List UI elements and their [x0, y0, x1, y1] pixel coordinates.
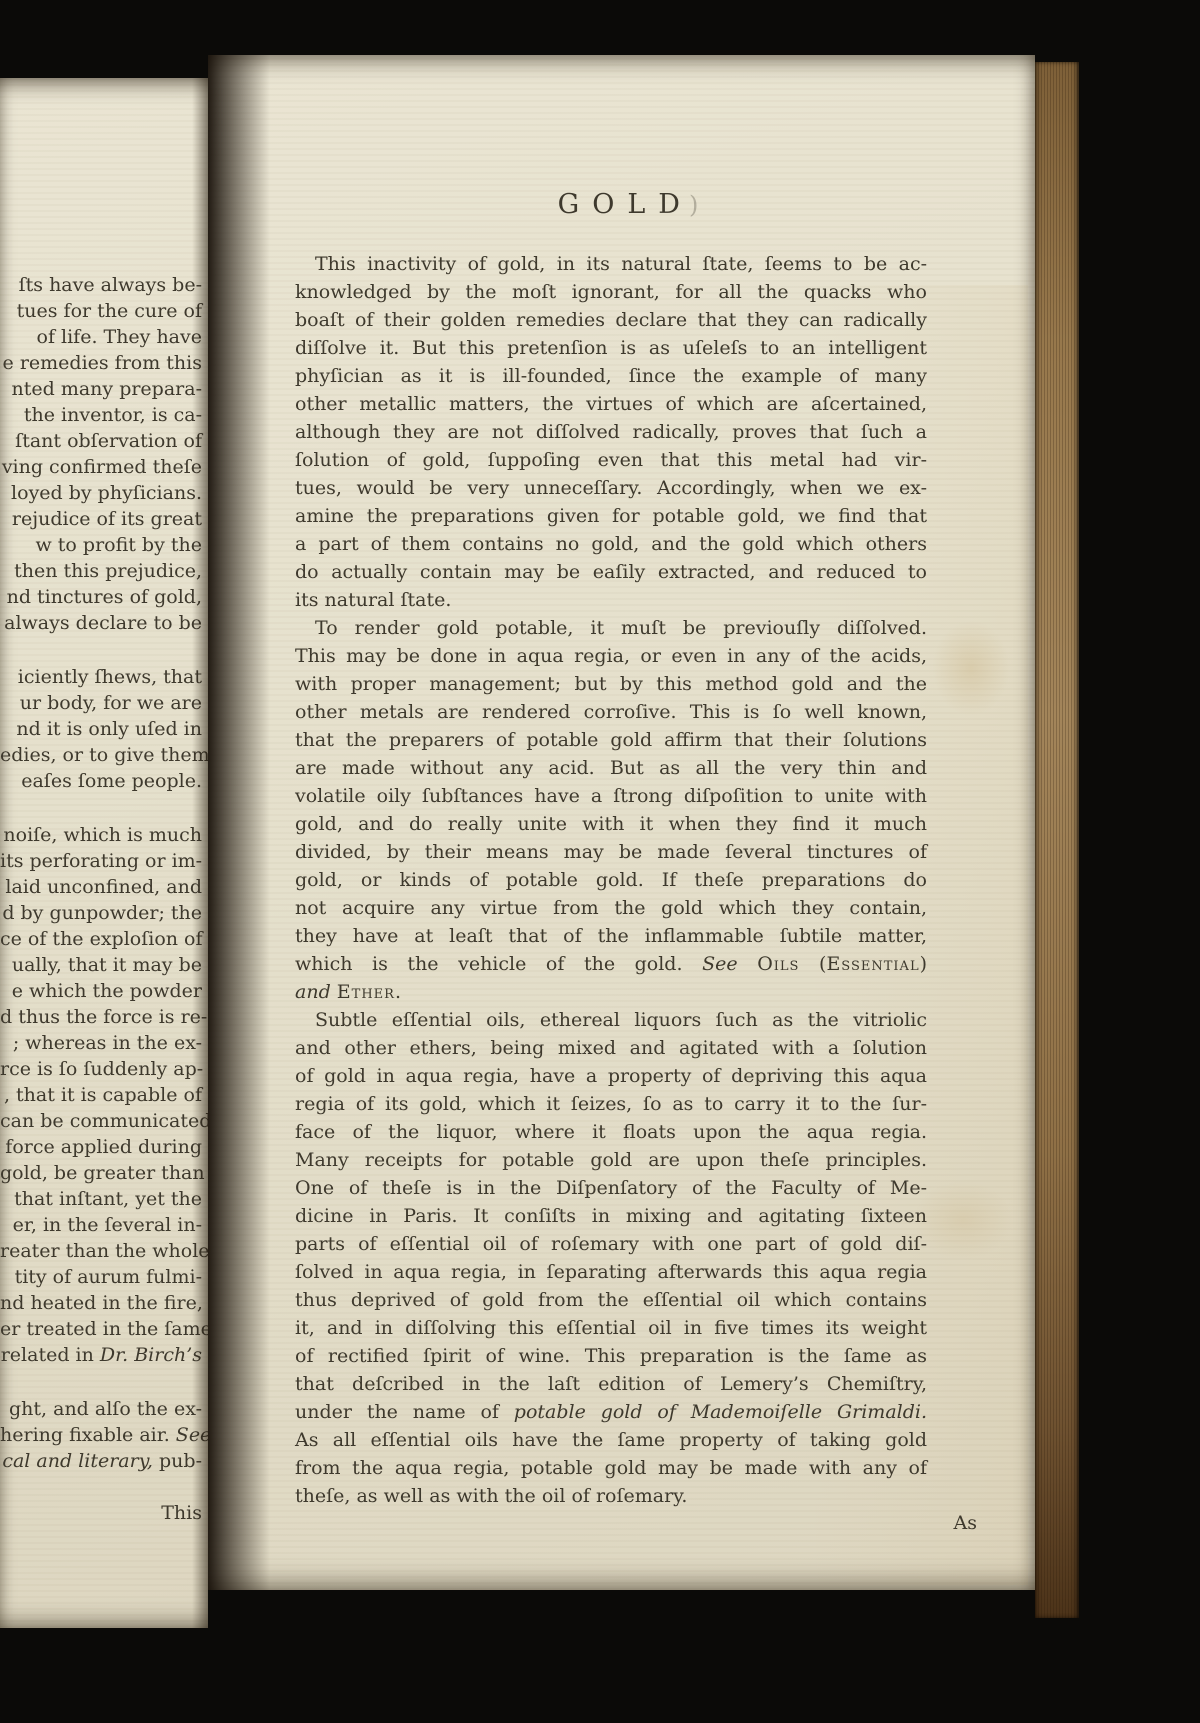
text-line: ſolution of gold, ſuppoſing even that th…	[295, 446, 927, 474]
text-line: other metals are rendered corroſive. Thi…	[295, 698, 927, 726]
text-line: rejudice of its great	[0, 506, 202, 532]
text-line: that the preparers of potable gold affir…	[295, 726, 927, 754]
text-line: which is the vehicle of the gold. See Oi…	[295, 950, 927, 978]
text-line: its perforating or im-	[0, 848, 202, 874]
right-page-content: GOLD) This inactivity of gold, in its na…	[208, 55, 1035, 1534]
text-line: other metallic matters, the virtues of w…	[295, 390, 927, 418]
text-line: regia of its gold, which it ſeizes, ſo a…	[295, 1090, 927, 1118]
text-line: parts of eſſential oil of roſemary with …	[295, 1230, 927, 1258]
text-line: amine the preparations given for potable…	[295, 502, 927, 530]
text-line: from the aqua regia, potable gold may be…	[295, 1454, 927, 1482]
text-line: ving confirmed theſe	[0, 454, 202, 480]
text-line: face of the liquor, where it floats upon…	[295, 1118, 927, 1146]
text-line: then this prejudice,	[0, 558, 202, 584]
italic-text: Dr. Birch’s	[100, 1344, 202, 1366]
italic-text: See	[702, 953, 738, 975]
text-line: gold, or kinds of potable gold. If theſe…	[295, 866, 927, 894]
text-line: force applied during	[0, 1134, 202, 1160]
text-line: tues, would be very unneceſſary. Accordi…	[295, 474, 927, 502]
text-line: laid unconfined, and	[0, 874, 202, 900]
text-line: a part of them contains no gold, and the…	[295, 530, 927, 558]
text-line: This inactivity of gold, in its natural …	[295, 250, 927, 278]
text-line: tity of aurum fulmi-	[0, 1264, 202, 1290]
text-line: with proper management; but by this meth…	[295, 670, 927, 698]
text-line: cal and literary, pub-	[0, 1448, 202, 1474]
page-heading: GOLD)	[208, 55, 1035, 223]
text-line: ght, and alſo the ex-	[0, 1396, 202, 1422]
text-line: iciently ſhews, that	[0, 664, 202, 690]
text-line: diſſolve it. But this pretenſion is as u…	[295, 334, 927, 362]
screenshot-root: { "colors": { "background": "#0b0a08", "…	[0, 0, 1200, 1723]
text-line: ually, that it may be	[0, 952, 202, 978]
text-line: Many receipts for potable gold are upon …	[295, 1146, 927, 1174]
text-line: volatile oily ſubſtances have a ſtrong d…	[295, 782, 927, 810]
paragraph: To render gold potable, it muſt be previ…	[295, 614, 927, 1006]
text-line: although they are not diſſolved radicall…	[295, 418, 927, 446]
text-line: rce is ſo ſuddenly ap-	[0, 1056, 202, 1082]
text-line: related in Dr. Birch’s	[0, 1342, 202, 1368]
text-line: e remedies from this	[0, 350, 202, 376]
text-line: tues for the cure of	[0, 298, 202, 324]
smallcaps-text: Essential	[826, 953, 919, 975]
book-scan: ſts have always be-tues for the cure ofo…	[0, 0, 1200, 1723]
text-line: it, and in diſſolving this eſſential oil…	[295, 1314, 927, 1342]
text-line: eaſes ſome people.	[0, 768, 202, 794]
text-line: that deſcribed in the laſt edition of Le…	[295, 1370, 927, 1398]
right-page: GOLD) This inactivity of gold, in its na…	[208, 55, 1035, 1590]
text-line: hering fixable air. See	[0, 1422, 202, 1448]
paragraph: ſts have always be-tues for the cure ofo…	[0, 272, 202, 636]
text-line: knowledged by the moſt ignorant, for all…	[295, 278, 927, 306]
text-line: they have at leaſt that of the inflammab…	[295, 922, 927, 950]
text-line: ce of the exploſion of	[0, 926, 202, 952]
text-line: er, in the ſeveral in-	[0, 1212, 202, 1238]
text-line: nd heated in the fire,	[0, 1290, 202, 1316]
text-line: ſtant obſervation of	[0, 428, 202, 454]
text-line: nted many prepara-	[0, 376, 202, 402]
text-line: , that it is capable of	[0, 1082, 202, 1108]
right-page-catchword: As	[295, 1512, 977, 1534]
text-line: gold, and do really unite with it when t…	[295, 810, 927, 838]
text-line: that inſtant, yet the	[0, 1186, 202, 1212]
paragraph: iciently ſhews, thatur body, for we aren…	[0, 664, 202, 794]
text-line: nd it is only uſed in	[0, 716, 202, 742]
text-line: edies, or to give them	[0, 742, 202, 768]
text-line: e which the powder	[0, 978, 202, 1004]
text-line: ſts have always be-	[0, 272, 202, 298]
text-line: ; whereas in the ex-	[0, 1030, 202, 1056]
text-line: boaſt of their golden remedies declare t…	[295, 306, 927, 334]
italic-text: potable gold of Mademoiſelle Grimaldi.	[514, 1401, 927, 1423]
text-line: of rectified ſpirit of wine. This prepar…	[295, 1342, 927, 1370]
text-line: w to profit by the	[0, 532, 202, 558]
text-line: ſolved in aqua regia, in ſeparating afte…	[295, 1258, 927, 1286]
text-line: and Ether.	[295, 978, 927, 1006]
heading-text: GOLD	[558, 189, 693, 220]
left-page-text: ſts have always be-tues for the cure ofo…	[0, 78, 208, 1474]
text-line: gold, be greater than	[0, 1160, 202, 1186]
italic-text: cal and literary,	[2, 1450, 153, 1472]
text-line: dicine in Paris. It conſiſts in mixing a…	[295, 1202, 927, 1230]
paragraph: This inactivity of gold, in its natural …	[295, 250, 927, 614]
text-line: loyed by phyſicians.	[0, 480, 202, 506]
text-line: phyſician as it is ill-founded, ſince th…	[295, 362, 927, 390]
text-line: and other ethers, being mixed and agitat…	[295, 1034, 927, 1062]
text-line: of gold in aqua regia, have a property o…	[295, 1062, 927, 1090]
text-line: To render gold potable, it muſt be previ…	[295, 614, 927, 642]
smallcaps-text: Ether	[337, 981, 395, 1003]
text-line: are made without any acid. But as all th…	[295, 754, 927, 782]
book-fore-edge	[1035, 62, 1079, 1618]
right-page-text: This inactivity of gold, in its natural …	[295, 250, 927, 1510]
text-line: of life. They have	[0, 324, 202, 350]
italic-text: and	[295, 981, 331, 1003]
smallcaps-text: Oils	[757, 953, 799, 975]
text-line: nd tinctures of gold,	[0, 584, 202, 610]
text-line: d thus the force is re-	[0, 1004, 202, 1030]
paragraph: ght, and alſo the ex-hering fixable air.…	[0, 1396, 202, 1474]
text-line: do actually contain may be eaſily extrac…	[295, 558, 927, 586]
text-line: divided, by their means may be made ſeve…	[295, 838, 927, 866]
paragraph: Subtle eſſential oils, ethereal liquors …	[295, 1006, 927, 1510]
text-line: reater than the whole	[0, 1238, 202, 1264]
text-line: ur body, for we are	[0, 690, 202, 716]
text-line: can be communicated	[0, 1108, 202, 1134]
text-line: noiſe, which is much	[0, 822, 202, 848]
left-page-catchword: This	[0, 1502, 208, 1524]
text-line: Subtle eſſential oils, ethereal liquors …	[295, 1006, 927, 1034]
ink-offset-ghost-mark: )	[689, 191, 698, 219]
text-line: thus deprived of gold from the eſſential…	[295, 1286, 927, 1314]
paragraph: noiſe, which is muchits perforating or i…	[0, 822, 202, 1368]
text-line: theſe, as well as with the oil of roſema…	[295, 1482, 927, 1510]
text-line: the inventor, is ca-	[0, 402, 202, 428]
text-line: its natural ſtate.	[295, 586, 927, 614]
text-line: This may be done in aqua regia, or even …	[295, 642, 927, 670]
text-line: One of theſe is in the Diſpenſatory of t…	[295, 1174, 927, 1202]
text-line: d by gunpowder; the	[0, 900, 202, 926]
text-line: under the name of potable gold of Mademo…	[295, 1398, 927, 1426]
text-line: er treated in the ſame	[0, 1316, 202, 1342]
left-page: ſts have always be-tues for the cure ofo…	[0, 78, 208, 1628]
text-line: As all eſſential oils have the ſame prop…	[295, 1426, 927, 1454]
italic-text: See	[176, 1424, 208, 1446]
text-line: not acquire any virtue from the gold whi…	[295, 894, 927, 922]
text-line: always declare to be	[0, 610, 202, 636]
